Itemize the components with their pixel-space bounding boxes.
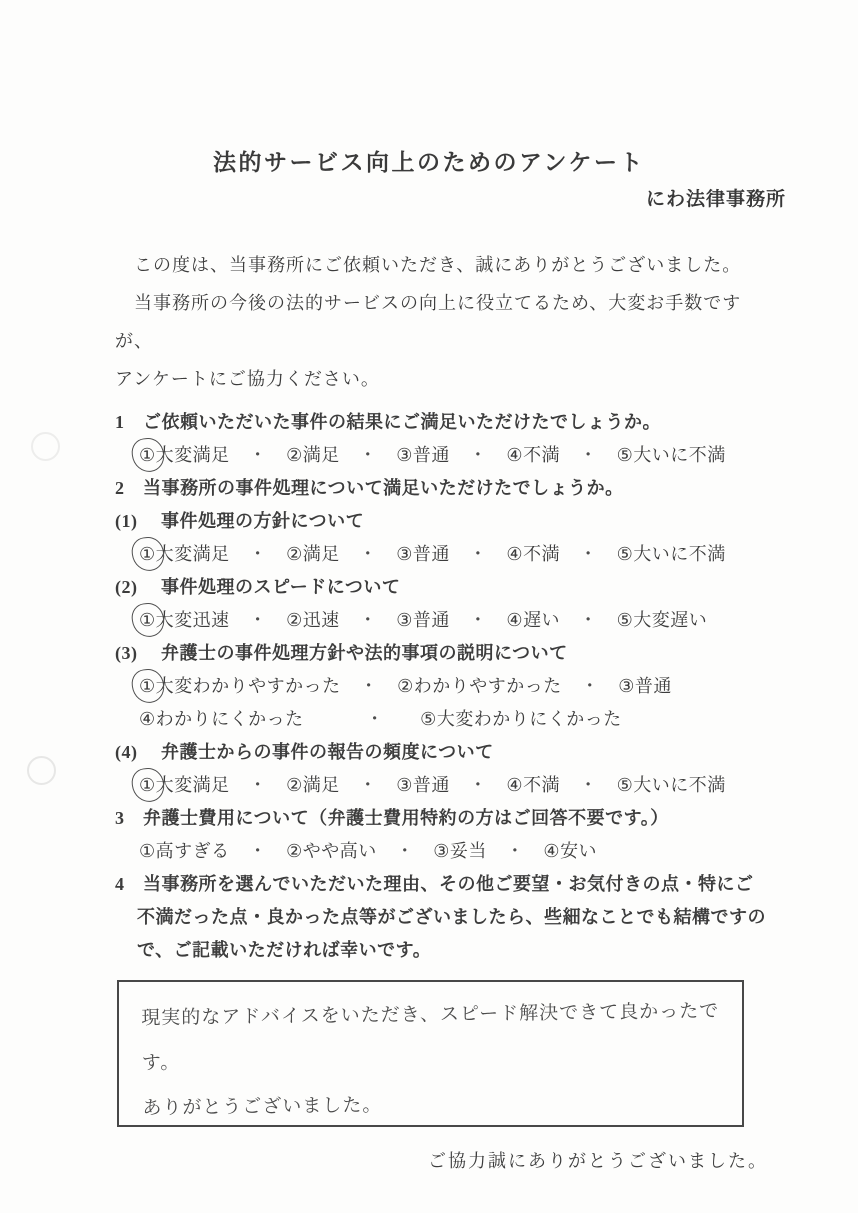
option-label: 普通	[413, 538, 450, 571]
option-mark: ②	[286, 439, 303, 472]
option-mark: ③	[396, 604, 413, 637]
option-separator: ・	[359, 439, 378, 472]
option-separator: ・	[581, 670, 600, 703]
option-separator: ・	[249, 835, 268, 868]
option-mark: ②	[286, 604, 303, 637]
option-separator: ・	[249, 439, 268, 472]
option: ① 高すぎる	[139, 835, 230, 868]
handwritten-comment: 現実的なアドバイスをいただき、スピード解決できて良かったです。 ありがとうござい…	[141, 989, 726, 1131]
option-label: わかりにくかった	[156, 703, 304, 736]
option-mark: ②	[286, 835, 303, 868]
subquestion-number: (4)	[115, 736, 161, 769]
option-label: 不満	[523, 439, 560, 472]
option: ⑤大いに不満	[617, 439, 726, 472]
option: ⑤大変遅い	[617, 604, 708, 637]
option: ③妥当	[433, 835, 487, 868]
option-label: 迅速	[303, 604, 340, 637]
option-mark: ③	[396, 769, 413, 802]
option: ④安い	[543, 835, 597, 868]
option-separator: ・	[579, 604, 598, 637]
question-number: 3	[115, 802, 143, 835]
option-mark: ④	[139, 703, 156, 736]
option: ①大変わかりやすかった	[139, 670, 341, 703]
subquestion-text: 弁護士の事件処理方針や法的事項の説明について	[161, 637, 568, 670]
option-separator: ・	[469, 439, 488, 472]
option-separator: ・	[359, 538, 378, 571]
option-mark: ④	[506, 604, 523, 637]
option-mark: ⑤	[617, 439, 634, 472]
question-number: 4	[115, 868, 143, 901]
option-mark: ①	[139, 835, 156, 868]
question-2-3-options-row2: ④わかりにくかった ・ ⑤大変わかりにくかった	[115, 703, 768, 736]
question-text: ご依頼いただいた事件の結果にご満足いただけたでしょうか。	[143, 406, 661, 439]
option: ③普通	[396, 439, 450, 472]
option-mark: ③	[396, 538, 413, 571]
option-separator: ・	[469, 538, 488, 571]
option-mark: ③	[618, 670, 635, 703]
option-label: 満足	[303, 538, 340, 571]
option-mark: ②	[397, 670, 414, 703]
option-label: 大変迅速	[156, 604, 230, 637]
option-label: 大いに不満	[633, 439, 726, 472]
survey-title: 法的サービス向上のためのアンケート	[0, 144, 858, 177]
option-separator: ・	[359, 604, 378, 637]
option-separator: ・	[249, 769, 268, 802]
option: ③普通	[396, 538, 450, 571]
option-mark: ⑤	[420, 703, 437, 736]
question-2-1: (1) 事件処理の方針について	[115, 505, 768, 538]
punch-hole-mark	[27, 756, 56, 785]
question-2-4-options: ①大変満足 ・ ②満足 ・ ③普通 ・ ④不満 ・ ⑤大いに不満	[115, 769, 768, 802]
handwritten-comment-line: 現実的なアドバイスをいただき、スピード解決できて良かったです。	[141, 989, 725, 1086]
option: ⑤大変わかりにくかった	[420, 703, 622, 736]
option-separator: ・	[249, 538, 268, 571]
option-label: 普通	[635, 670, 672, 703]
scanned-survey-page: 法的サービス向上のためのアンケート にわ法律事務所 この度は、当事務所にご依頼い…	[0, 0, 858, 1213]
option-label: 普通	[413, 604, 450, 637]
option-label: 大変わかりにくかった	[437, 703, 622, 736]
option-separator: ・	[469, 604, 488, 637]
subquestion-number: (1)	[115, 505, 161, 538]
option: ②満足	[286, 538, 340, 571]
option-label: 遅い	[523, 604, 560, 637]
option-label: 大変満足	[156, 439, 230, 472]
question-2-3: (3) 弁護士の事件処理方針や法的事項の説明について	[115, 637, 768, 670]
option-separator: ・	[366, 703, 385, 736]
option-mark: ⑤	[617, 538, 634, 571]
subquestion-number: (2)	[115, 571, 161, 604]
question-2-4: (4) 弁護士からの事件の報告の頻度について	[115, 736, 768, 769]
question-1-options: ①大変満足 ・ ②満足 ・ ③普通 ・ ④不満 ・ ⑤大いに不満	[115, 439, 768, 472]
option: ③普通	[396, 769, 450, 802]
option-mark: ①	[139, 604, 156, 637]
question-2-2: (2) 事件処理のスピードについて	[115, 571, 768, 604]
option-label: 満足	[303, 769, 340, 802]
option: ②満足	[286, 769, 340, 802]
option: ④不満	[506, 439, 560, 472]
option-label: やや高い	[303, 835, 377, 868]
option-mark: ③	[396, 439, 413, 472]
subquestion-number: (3)	[115, 637, 161, 670]
question-4: 4 当事務所を選んでいただいた理由、その他ご要望・お気付きの点・特にご	[115, 868, 768, 901]
subquestion-text: 弁護士からの事件の報告の頻度について	[161, 736, 494, 769]
option-separator: ・	[360, 670, 379, 703]
option-separator: ・	[506, 835, 525, 868]
option-mark: ④	[543, 835, 560, 868]
option-mark: ②	[286, 769, 303, 802]
option-separator: ・	[359, 769, 378, 802]
question-3-options: ① 高すぎる ・ ②やや高い ・ ③妥当 ・ ④安い	[115, 835, 768, 868]
option-label: 満足	[303, 439, 340, 472]
option-mark: ①	[139, 670, 156, 703]
option: ①大変満足	[139, 538, 230, 571]
option: ⑤大いに不満	[617, 769, 726, 802]
question-2-2-options: ①大変迅速 ・ ②迅速 ・ ③普通 ・ ④遅い ・ ⑤大変遅い	[115, 604, 768, 637]
option-mark: ①	[139, 439, 156, 472]
question-4-text-line: 不満だった点・良かった点等がございましたら、些細なことでも結構ですの	[115, 901, 768, 934]
option-mark: ⑤	[617, 769, 634, 802]
question-2: 2 当事務所の事件処理について満足いただけたでしょうか。	[115, 472, 768, 505]
option-mark: ④	[506, 538, 523, 571]
option-label: 高すぎる	[156, 835, 230, 868]
question-4-text-line: で、ご記載いただければ幸いです。	[115, 934, 768, 967]
option: ④遅い	[506, 604, 560, 637]
option: ②やや高い	[286, 835, 377, 868]
punch-hole-mark	[31, 432, 60, 461]
office-name: にわ法律事務所	[0, 184, 858, 211]
option-label: 大変遅い	[633, 604, 707, 637]
option-label: 普通	[413, 439, 450, 472]
option-label: わかりやすかった	[414, 670, 562, 703]
question-text: 当事務所を選んでいただいた理由、その他ご要望・お気付きの点・特にご	[143, 868, 754, 901]
option-label: 普通	[413, 769, 450, 802]
option-mark: ④	[506, 769, 523, 802]
option-separator: ・	[579, 538, 598, 571]
intro-line: 当事務所の今後の法的サービスの向上に役立てるため、大変お手数ですが、	[115, 284, 768, 360]
intro-line: アンケートにご協力ください。	[115, 360, 768, 398]
option-mark: ①	[139, 769, 156, 802]
question-text: 当事務所の事件処理について満足いただけたでしょうか。	[143, 472, 624, 505]
option-label: 大変満足	[156, 769, 230, 802]
option-separator: ・	[396, 835, 415, 868]
question-number: 1	[115, 406, 143, 439]
option: ④不満	[506, 538, 560, 571]
option-label: 大いに不満	[633, 538, 726, 571]
option-mark: ②	[286, 538, 303, 571]
option-label: 不満	[523, 538, 560, 571]
comment-box: 現実的なアドバイスをいただき、スピード解決できて良かったです。 ありがとうござい…	[117, 980, 744, 1127]
question-2-1-options: ①大変満足 ・ ②満足 ・ ③普通 ・ ④不満 ・ ⑤大いに不満	[115, 538, 768, 571]
option-mark: ④	[506, 439, 523, 472]
questions-area: 1 ご依頼いただいた事件の結果にご満足いただけたでしょうか。 ①大変満足 ・ ②…	[115, 406, 768, 1173]
intro-line: この度は、当事務所にご依頼いただき、誠にありがとうございました。	[115, 246, 768, 284]
option-label: 不満	[523, 769, 560, 802]
question-3: 3 弁護士費用について（弁護士費用特約の方はご回答不要です。）	[115, 802, 768, 835]
question-text: 弁護士費用について（弁護士費用特約の方はご回答不要です。）	[143, 802, 669, 835]
option: ①大変迅速	[139, 604, 230, 637]
option-separator: ・	[579, 439, 598, 472]
option-label: 妥当	[450, 835, 487, 868]
option: ②満足	[286, 439, 340, 472]
option-separator: ・	[249, 604, 268, 637]
question-number: 2	[115, 472, 143, 505]
handwritten-comment-line: ありがとうございました。	[142, 1079, 726, 1131]
option: ②わかりやすかった	[397, 670, 562, 703]
closing-note: ご協力誠にありがとうございました。	[115, 1147, 768, 1173]
option-separator: ・	[469, 769, 488, 802]
subquestion-text: 事件処理のスピードについて	[161, 571, 400, 604]
option: ④わかりにくかった	[139, 703, 304, 736]
option: ④不満	[506, 769, 560, 802]
option-mark: ③	[433, 835, 450, 868]
option-label: 大変わかりやすかった	[156, 670, 341, 703]
option: ⑤大いに不満	[617, 538, 726, 571]
option: ③普通	[618, 670, 672, 703]
survey-body: この度は、当事務所にご依頼いただき、誠にありがとうございました。 当事務所の今後…	[0, 246, 858, 1173]
option: ③普通	[396, 604, 450, 637]
question-2-3-options-row1: ①大変わかりやすかった ・ ②わかりやすかった ・ ③普通	[115, 670, 768, 703]
subquestion-text: 事件処理の方針について	[161, 505, 364, 538]
option-mark: ⑤	[617, 604, 634, 637]
option-label: 大変満足	[156, 538, 230, 571]
option: ①大変満足	[139, 769, 230, 802]
option-mark: ①	[139, 538, 156, 571]
intro-paragraph: この度は、当事務所にご依頼いただき、誠にありがとうございました。 当事務所の今後…	[115, 246, 768, 398]
question-1: 1 ご依頼いただいた事件の結果にご満足いただけたでしょうか。	[115, 406, 768, 439]
option-label: 安い	[560, 835, 597, 868]
option: ①大変満足	[139, 439, 230, 472]
option-separator: ・	[579, 769, 598, 802]
option-label: 大いに不満	[633, 769, 726, 802]
option: ②迅速	[286, 604, 340, 637]
